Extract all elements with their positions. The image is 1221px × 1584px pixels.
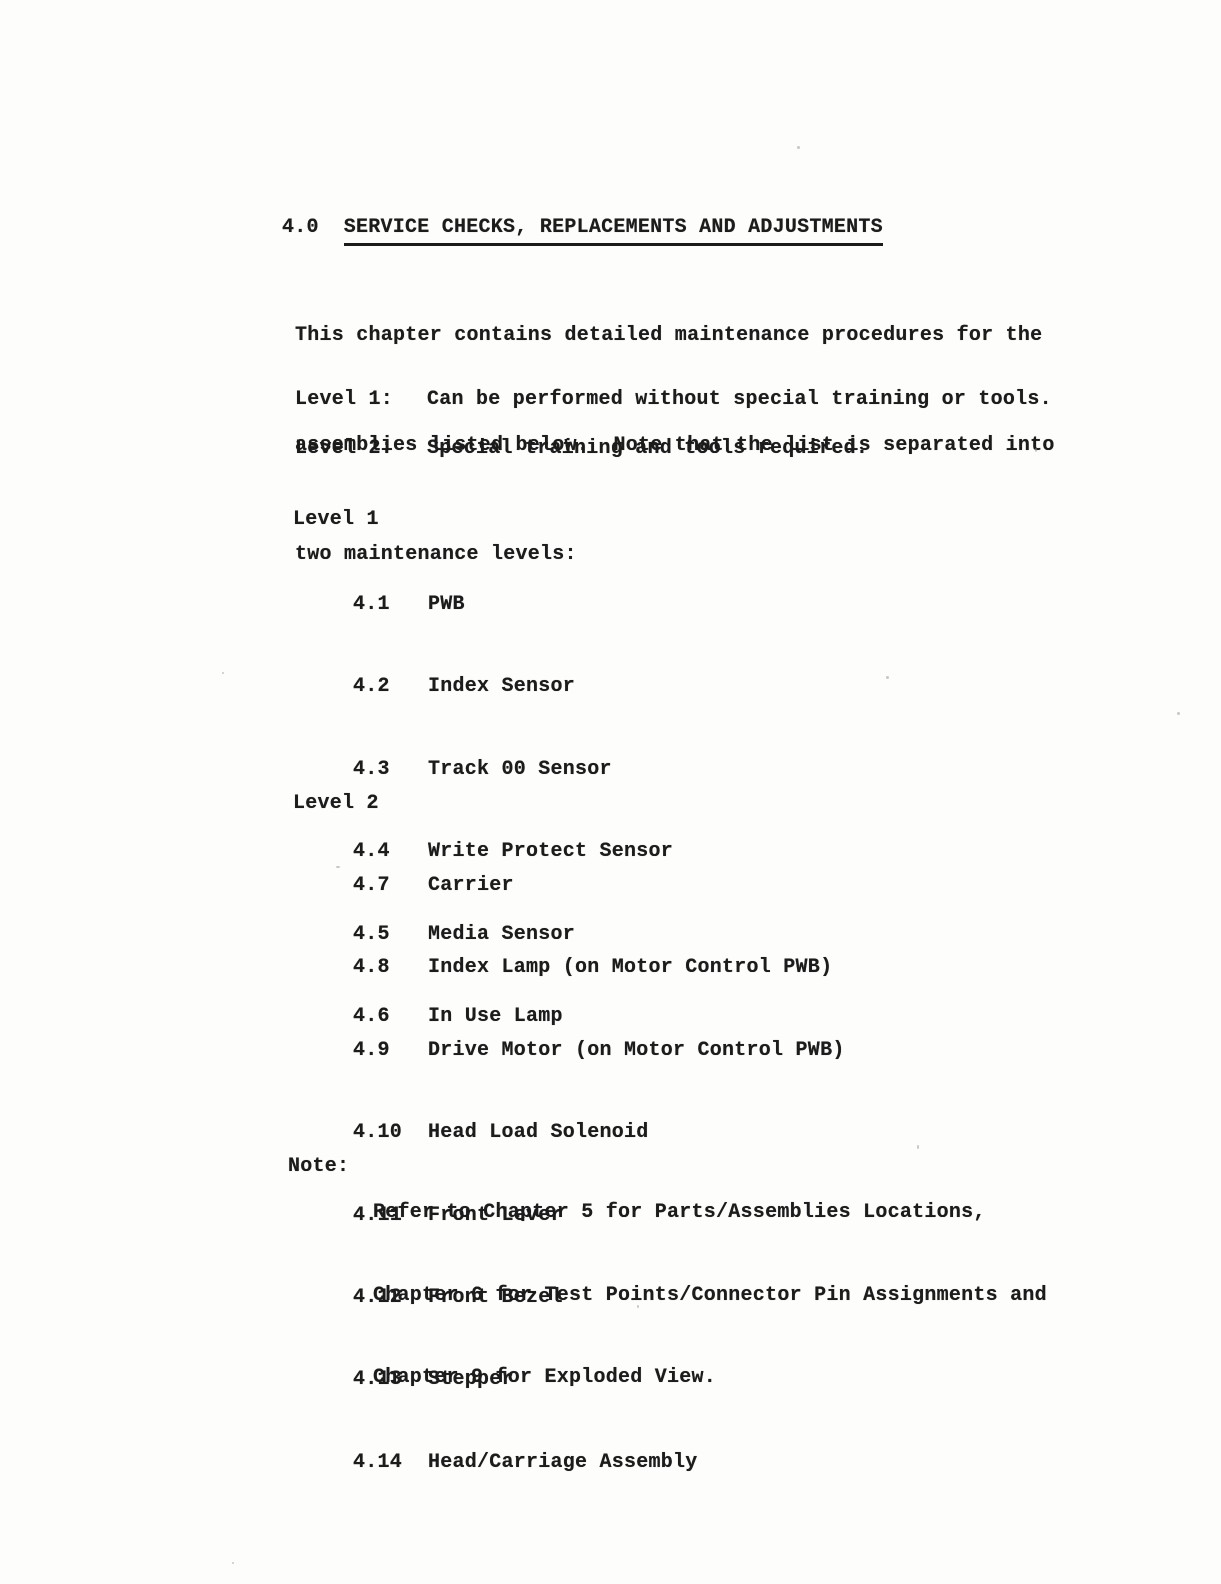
document-page: 4.0SERVICE CHECKS, REPLACEMENTS AND ADJU…: [0, 0, 1221, 1584]
item-number: 4.3: [353, 752, 428, 788]
list-item: 4.10 Head Load Solenoid: [353, 1115, 845, 1151]
list-item: 4.14 Head/Carriage Assembly: [353, 1445, 845, 1481]
level1-heading: Level 1: [293, 507, 379, 533]
scan-speck: [1035, 448, 1037, 452]
item-label: Index Sensor: [428, 669, 575, 705]
level1-definition-text: Can be performed without special trainin…: [427, 387, 1052, 413]
scan-speck: [222, 672, 224, 674]
scan-speck: [336, 866, 340, 868]
note-line: Chapter 6 for Test Points/Connector Pin …: [373, 1278, 1047, 1315]
item-label: PWB: [428, 587, 465, 623]
item-number: 4.7: [353, 868, 428, 904]
section-title: SERVICE CHECKS, REPLACEMENTS AND ADJUSTM…: [344, 216, 883, 246]
item-number: 4.2: [353, 669, 428, 705]
item-label: Head/Carriage Assembly: [428, 1445, 698, 1481]
item-label: Head Load Solenoid: [428, 1115, 649, 1151]
item-number: 4.8: [353, 950, 428, 986]
item-label: Drive Motor (on Motor Control PWB): [428, 1033, 845, 1069]
item-label: Index Lamp (on Motor Control PWB): [428, 950, 832, 986]
note-line: Chapter 9 for Exploded View.: [373, 1360, 1047, 1397]
level2-heading: Level 2: [293, 791, 379, 817]
note-label: Note:: [288, 1149, 373, 1443]
item-label: Carrier: [428, 868, 514, 904]
level2-definition: Level 2: Special training and tools requ…: [295, 436, 868, 462]
note-lines: Refer to Chapter 5 for Parts/Assemblies …: [373, 1149, 1047, 1443]
item-number: 4.14: [353, 1445, 428, 1481]
item-number: 4.10: [353, 1115, 428, 1151]
item-label: Track 00 Sensor: [428, 752, 612, 788]
note-line: Refer to Chapter 5 for Parts/Assemblies …: [373, 1195, 1047, 1232]
level2-definition-label: Level 2:: [295, 436, 427, 462]
scan-speck: [797, 146, 800, 149]
scan-speck: [637, 1305, 639, 1308]
list-item: 4.7 Carrier: [353, 868, 845, 904]
list-item: 4.2 Index Sensor: [353, 669, 673, 705]
scan-speck: [886, 676, 889, 679]
list-item: 4.3 Track 00 Sensor: [353, 752, 673, 788]
list-item: 4.9 Drive Motor (on Motor Control PWB): [353, 1033, 845, 1069]
item-number: 4.9: [353, 1033, 428, 1069]
list-item: 4.8 Index Lamp (on Motor Control PWB): [353, 950, 845, 986]
intro-line: This chapter contains detailed maintenan…: [295, 318, 1055, 355]
scan-speck: [232, 1562, 234, 1564]
note-block: Note: Refer to Chapter 5 for Parts/Assem…: [288, 1149, 1047, 1443]
level1-definition: Level 1: Can be performed without specia…: [295, 387, 1052, 413]
level1-definition-label: Level 1:: [295, 387, 427, 413]
section-number: 4.0: [282, 215, 319, 241]
scan-speck: [1177, 712, 1180, 715]
list-item: 4.1 PWB: [353, 587, 673, 623]
level2-definition-text: Special training and tools required.: [427, 436, 868, 462]
item-number: 4.1: [353, 587, 428, 623]
scan-speck: [917, 1145, 919, 1149]
